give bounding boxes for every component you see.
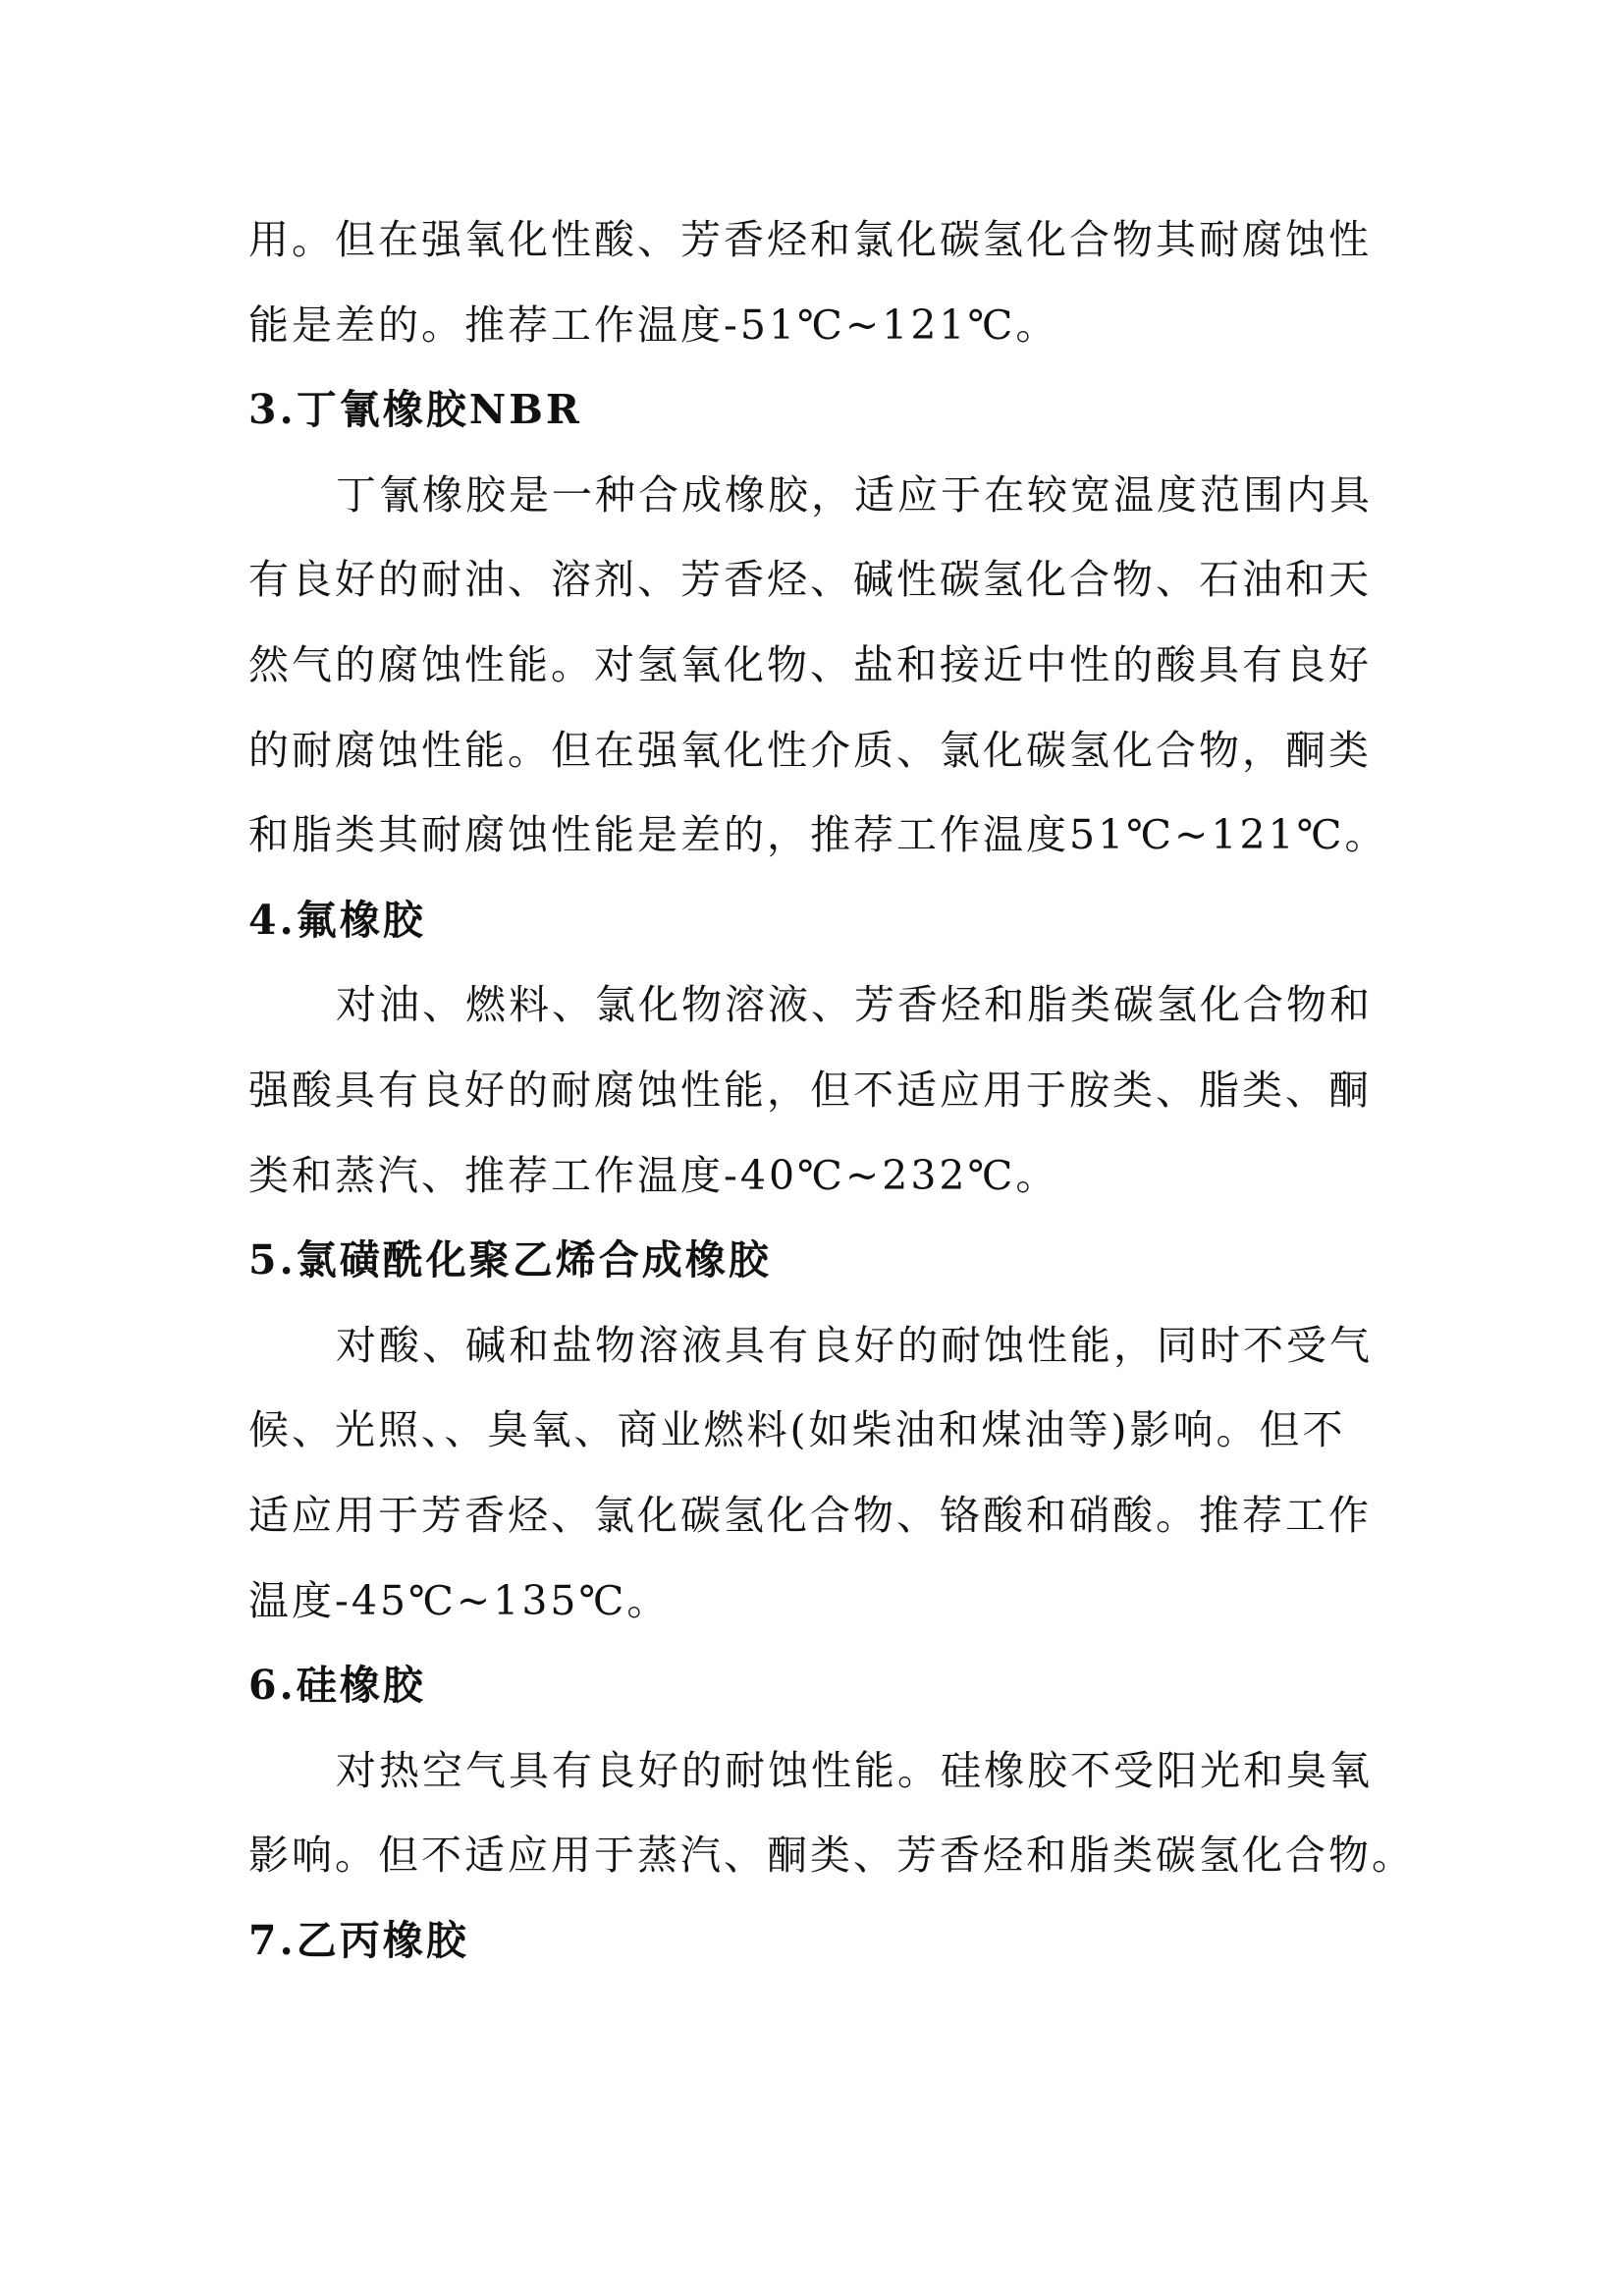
paragraph-line: 用。但在强氧化性酸、芳香烃和氯化碳氢化合物其耐腐蚀性 <box>248 197 1387 283</box>
section-heading-csm: 5.氯磺酰化聚乙烯合成橡胶 <box>248 1218 1387 1303</box>
paragraph-line: 丁氰橡胶是一种合成橡胶，适应于在较宽温度范围内具 <box>248 453 1387 538</box>
paragraph-line: 影响。但不适应用于蒸汽、酮类、芳香烃和脂类碳氢化合物。 <box>248 1813 1387 1898</box>
paragraph-line: 能是差的。推荐工作温度-51℃~121℃。 <box>248 283 1387 368</box>
paragraph-line: 的耐腐蚀性能。但在强氧化性介质、氯化碳氢化合物，酮类 <box>248 708 1387 793</box>
section-heading-silicone: 6.硅橡胶 <box>248 1643 1387 1728</box>
section-heading-fluoro-rubber: 4.氟橡胶 <box>248 878 1387 963</box>
paragraph-line: 对酸、碱和盐物溶液具有良好的耐蚀性能，同时不受气 <box>248 1303 1387 1389</box>
section-heading-epdm: 7.乙丙橡胶 <box>248 1898 1387 1984</box>
paragraph-line: 适应用于芳香烃、氯化碳氢化合物、铬酸和硝酸。推荐工作 <box>248 1473 1387 1558</box>
paragraph-line: 温度-45℃~135℃。 <box>248 1558 1387 1644</box>
document-body: 用。但在强氧化性酸、芳香烃和氯化碳氢化合物其耐腐蚀性 能是差的。推荐工作温度-5… <box>248 197 1387 1983</box>
paragraph-line: 有良好的耐油、溶剂、芳香烃、碱性碳氢化合物、石油和天 <box>248 537 1387 623</box>
paragraph-line: 候、光照、、臭氧、商业燃料(如柴油和煤油等)影响。但不 <box>248 1388 1387 1473</box>
paragraph-line: 对热空气具有良好的耐蚀性能。硅橡胶不受阳光和臭氧 <box>248 1728 1387 1814</box>
paragraph-line: 强酸具有良好的耐腐蚀性能，但不适应用于胺类、脂类、酮 <box>248 1048 1387 1133</box>
paragraph-line: 然气的腐蚀性能。对氢氧化物、盐和接近中性的酸具有良好 <box>248 623 1387 708</box>
paragraph-line: 类和蒸汽、推荐工作温度-40℃~232℃。 <box>248 1133 1387 1219</box>
document-page: 用。但在强氧化性酸、芳香烃和氯化碳氢化合物其耐腐蚀性 能是差的。推荐工作温度-5… <box>0 0 1623 2296</box>
paragraph-line: 和脂类其耐腐蚀性能是差的，推荐工作温度51℃~121℃。 <box>248 793 1387 878</box>
section-heading-nbr: 3.丁氰橡胶NBR <box>248 367 1387 453</box>
paragraph-line: 对油、燃料、氯化物溶液、芳香烃和脂类碳氢化合物和 <box>248 962 1387 1048</box>
